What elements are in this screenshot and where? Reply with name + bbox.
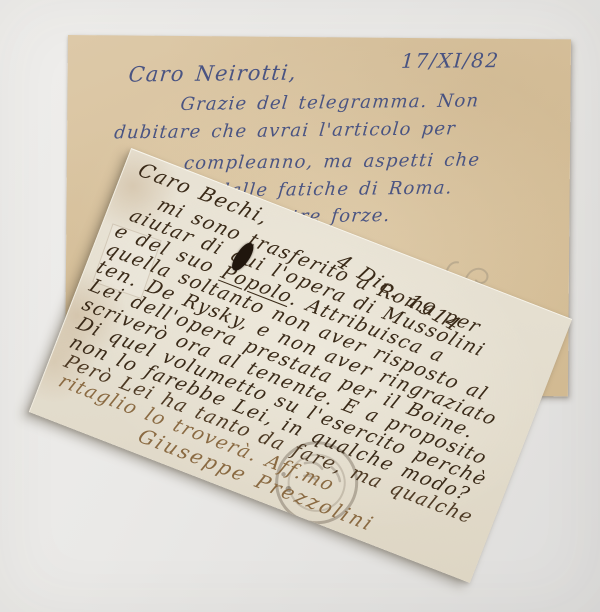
- letter-top-line: Grazie del telegramma. Non: [180, 90, 481, 115]
- letter-top-line: dubitare che avrai l'articolo per: [113, 118, 457, 143]
- letter-top-salutation: Caro Neirotti,: [128, 60, 298, 86]
- letter-top-line: compleanno, ma aspetti che: [183, 149, 481, 174]
- photograph-background: 17/XI/82 Caro Neirotti, Grazie del teleg…: [0, 0, 600, 612]
- letter-top-date: 17/XI/82: [400, 48, 500, 73]
